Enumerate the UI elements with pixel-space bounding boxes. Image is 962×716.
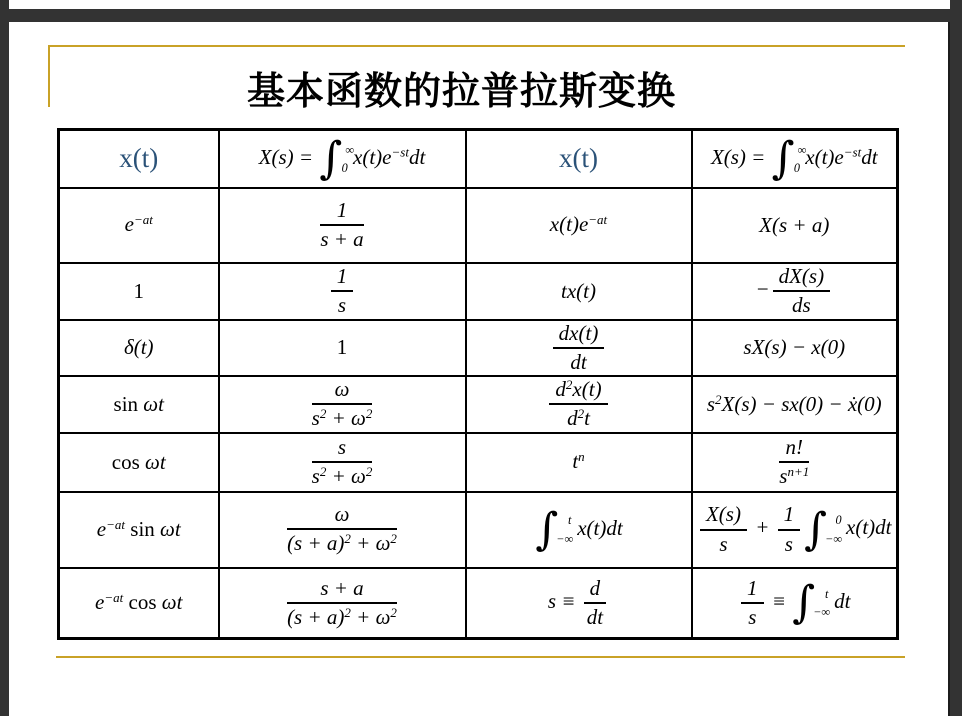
table-cell: 1s + a xyxy=(219,188,466,263)
table-row: e−at sin ωtω(s + a)2 + ω2∫t−∞x(t)dtX(s)s… xyxy=(59,492,898,568)
table-cell: X(s + a) xyxy=(692,188,898,263)
table-row: δ(t)1dx(t)dtsX(s) − x(0) xyxy=(59,320,898,376)
table-cell: ∫t−∞x(t)dt xyxy=(466,492,692,568)
slide-title: 基本函数的拉普拉斯变换 xyxy=(247,60,676,115)
table-cell: s ≡ ddt xyxy=(466,568,692,639)
table-row: e−at cos ωts + a(s + a)2 + ω2s ≡ ddt1s ≡… xyxy=(59,568,898,639)
table-header-cell: x(t) xyxy=(59,130,219,188)
table-cell: tn xyxy=(466,433,692,492)
table-cell: e−at cos ωt xyxy=(59,568,219,639)
table-cell: ωs2 + ω2 xyxy=(219,376,466,433)
table-cell: e−at sin ωt xyxy=(59,492,219,568)
table-row: cos ωtss2 + ω2tnn!sn+1 xyxy=(59,433,898,492)
table-cell: −dX(s)ds xyxy=(692,263,898,320)
table-cell: sin ωt xyxy=(59,376,219,433)
table-cell: 1s ≡ ∫t−∞dt xyxy=(692,568,898,639)
table-cell: sX(s) − x(0) xyxy=(692,320,898,376)
table-header-cell: X(s) = ∫∞0x(t)e−stdt xyxy=(219,130,466,188)
table-cell: ss2 + ω2 xyxy=(219,433,466,492)
slide: 基本函数的拉普拉斯变换 x(t)X(s) = ∫∞0x(t)e−stdtx(t)… xyxy=(9,22,950,716)
table-row: x(t)X(s) = ∫∞0x(t)e−stdtx(t)X(s) = ∫∞0x(… xyxy=(59,130,898,188)
presentation-view: { "colors": { "frame": "#333333", "paper… xyxy=(0,0,962,716)
table-header-cell: x(t) xyxy=(466,130,692,188)
table-cell: n!sn+1 xyxy=(692,433,898,492)
table-row: 11stx(t)−dX(s)ds xyxy=(59,263,898,320)
previous-slide-edge xyxy=(9,0,950,9)
table-cell: tx(t) xyxy=(466,263,692,320)
table-cell: 1 xyxy=(59,263,219,320)
table-cell: X(s)s + 1s∫0−∞x(t)dt xyxy=(692,492,898,568)
laplace-table: x(t)X(s) = ∫∞0x(t)e−stdtx(t)X(s) = ∫∞0x(… xyxy=(57,128,899,640)
table-cell: 1s xyxy=(219,263,466,320)
table-cell: d2x(t)d2t xyxy=(466,376,692,433)
table-cell: δ(t) xyxy=(59,320,219,376)
bottom-rule xyxy=(56,656,905,658)
table-cell: ω(s + a)2 + ω2 xyxy=(219,492,466,568)
table-cell: e−at xyxy=(59,188,219,263)
table-header-cell: X(s) = ∫∞0x(t)e−stdt xyxy=(692,130,898,188)
table-cell: dx(t)dt xyxy=(466,320,692,376)
table-cell: s2X(s) − sx(0) − ẋ(0) xyxy=(692,376,898,433)
laplace-table-body: x(t)X(s) = ∫∞0x(t)e−stdtx(t)X(s) = ∫∞0x(… xyxy=(59,130,898,639)
table-row: sin ωtωs2 + ω2d2x(t)d2ts2X(s) − sx(0) − … xyxy=(59,376,898,433)
table-cell: 1 xyxy=(219,320,466,376)
table-row: e−at1s + ax(t)e−atX(s + a) xyxy=(59,188,898,263)
table-cell: x(t)e−at xyxy=(466,188,692,263)
table-cell: s + a(s + a)2 + ω2 xyxy=(219,568,466,639)
table-cell: cos ωt xyxy=(59,433,219,492)
